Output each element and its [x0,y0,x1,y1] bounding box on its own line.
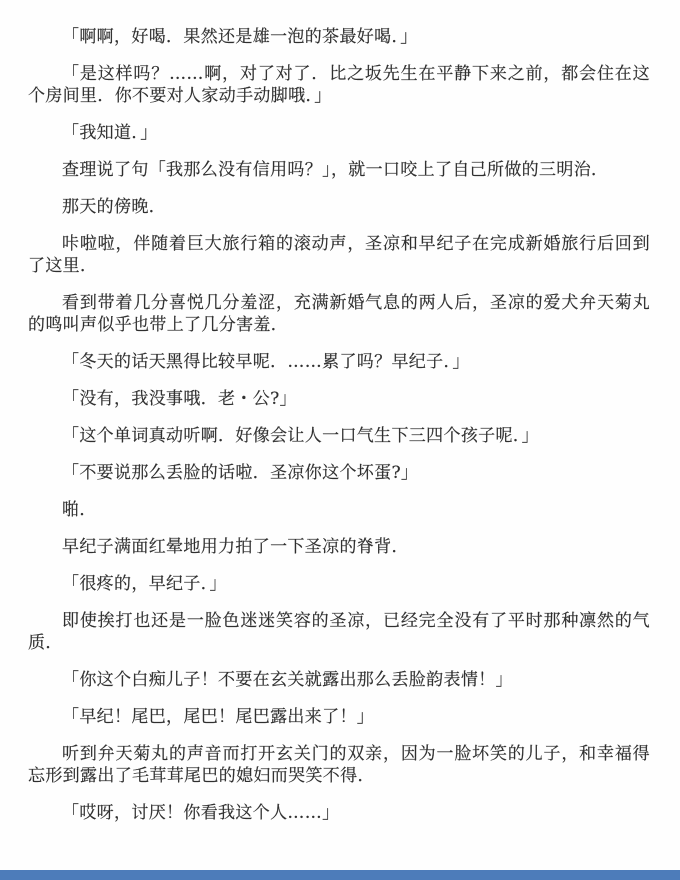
novel-text-body: 「啊啊，好喝．果然还是雄一泡的茶最好喝．」 「是这样吗？……啊，对了对了．比之坂… [28,26,650,839]
paragraph: 看到带着几分喜悦几分羞涩，充满新婚气息的两人后，圣凉的爱犬弁天菊丸的鸣叫声似乎也… [28,292,650,336]
paragraph: 听到弁天菊丸的声音而打开玄关门的双亲，因为一脸坏笑的儿子，和幸福得忘形到露出了毛… [28,743,650,787]
paragraph: 「冬天的话天黑得比较早呢．……累了吗？早纪子．」 [28,351,650,373]
paragraph: 即使挨打也还是一脸色迷迷笑容的圣凉，已经完全没有了平时那种凛然的气质． [28,610,650,654]
paragraph: 「啊啊，好喝．果然还是雄一泡的茶最好喝．」 [28,26,650,48]
paragraph: 「是这样吗？……啊，对了对了．比之坂先生在平静下来之前，都会住在这个房间里．你不… [28,63,650,107]
paragraph: 「早纪！尾巴，尾巴！尾巴露出来了！」 [28,706,650,728]
paragraph: 「我知道．」 [28,122,650,144]
paragraph: 早纪子满面红晕地用力拍了一下圣凉的脊背． [28,536,650,558]
paragraph: 「你这个白痴儿子！不要在玄关就露出那么丢脸韵表情！」 [28,669,650,691]
paragraph: 啪． [28,499,650,521]
paragraph: 「不要说那么丢脸的话啦．圣凉你这个坏蛋?」 [28,462,650,484]
paragraph: 查理说了句「我那么没有信用吗？」，就一口咬上了自己所做的三明治． [28,159,650,181]
novel-reader-page: 「啊啊，好喝．果然还是雄一泡的茶最好喝．」 「是这样吗？……啊，对了对了．比之坂… [0,0,680,880]
paragraph: 那天的傍晚． [28,196,650,218]
paragraph: 「哎呀，讨厌！你看我这个人……」 [28,802,650,824]
paragraph: 咔啦啦，伴随着巨大旅行箱的滚动声，圣凉和早纪子在完成新婚旅行后回到了这里． [28,233,650,277]
paragraph: 「很疼的，早纪子．」 [28,573,650,595]
reading-progress-bar[interactable] [0,870,680,880]
paragraph: 「没有，我没事哦．老・公?」 [28,388,650,410]
paragraph: 「这个单词真动听啊．好像会让人一口气生下三四个孩子呢．」 [28,425,650,447]
